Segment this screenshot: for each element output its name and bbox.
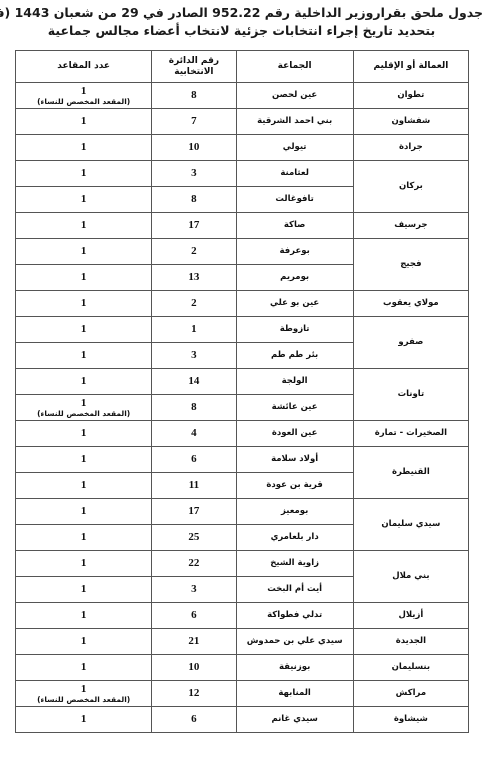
table-row: الصخيرات - تمارةعين العودة41 (16, 421, 469, 447)
cell-seats: 1 (16, 343, 152, 369)
table-row: شيشاوةسيدي غانم61 (16, 707, 469, 733)
cell-district: 25 (152, 525, 236, 551)
cell-commune: تيولي (236, 135, 353, 161)
cell-seats: 1 (16, 291, 152, 317)
seats-count: 1 (16, 683, 151, 696)
by-elections-table: العمالة أو الإقليم الجماعة رقم الدائرة ا… (15, 50, 469, 733)
cell-commune: تافوغالت (236, 187, 353, 213)
cell-seats: 1 (16, 109, 152, 135)
table-header-row: العمالة أو الإقليم الجماعة رقم الدائرة ا… (16, 51, 469, 83)
seats-count: 1 (16, 609, 151, 622)
seats-count: 1 (16, 375, 151, 388)
table-body: تطوانعين لحصن81(المقعد المخصص للنساء)شفش… (16, 83, 469, 733)
women-seat-note: (المقعد المخصص للنساء) (16, 696, 151, 705)
cell-district: 12 (152, 681, 236, 707)
women-seat-note: (المقعد المخصص للنساء) (16, 98, 151, 107)
cell-commune: صاكة (236, 213, 353, 239)
seats-count: 1 (16, 193, 151, 206)
seats-count: 1 (16, 397, 151, 410)
cell-seats: 1(المقعد المخصص للنساء) (16, 83, 152, 109)
seats-count: 1 (16, 661, 151, 674)
cell-district: 3 (152, 343, 236, 369)
cell-province: أزيلال (353, 603, 468, 629)
cell-district: 1 (152, 317, 236, 343)
cell-province: الجديدة (353, 629, 468, 655)
cell-district: 13 (152, 265, 236, 291)
cell-commune: تدلي فطواكة (236, 603, 353, 629)
table-row: أزيلالتدلي فطواكة61 (16, 603, 469, 629)
seats-count: 1 (16, 245, 151, 258)
seats-count: 1 (16, 505, 151, 518)
cell-province: شيشاوة (353, 707, 468, 733)
cell-seats: 1 (16, 447, 152, 473)
table-row: بنسليمانبوزنيقة101 (16, 655, 469, 681)
cell-commune: تازوطة (236, 317, 353, 343)
cell-province: سيدي سليمان (353, 499, 468, 551)
cell-seats: 1 (16, 421, 152, 447)
table-row: سيدي سليمانبومعيز171 (16, 499, 469, 525)
document-title-line2: بتحديد تاريخ إجراء انتخابات جزئية لانتخا… (0, 23, 483, 38)
cell-commune: بوعرفة (236, 239, 353, 265)
seats-count: 1 (16, 453, 151, 466)
cell-province: بركان (353, 161, 468, 213)
seats-count: 1 (16, 349, 151, 362)
table-row: شفشاونبني احمد الشرقية71 (16, 109, 469, 135)
cell-commune: أيت أم البخت (236, 577, 353, 603)
cell-district: 6 (152, 447, 236, 473)
table-row: تطوانعين لحصن81(المقعد المخصص للنساء) (16, 83, 469, 109)
table-row: جرسيفصاكة171 (16, 213, 469, 239)
cell-province: صفرو (353, 317, 468, 369)
table-row: جرادةتيولي101 (16, 135, 469, 161)
cell-commune: عين بو علي (236, 291, 353, 317)
cell-seats: 1 (16, 265, 152, 291)
cell-commune: عين عائشة (236, 395, 353, 421)
cell-commune: بوزنيقة (236, 655, 353, 681)
cell-commune: عين العودة (236, 421, 353, 447)
table-row: صفروتازوطة11 (16, 317, 469, 343)
cell-province: جرادة (353, 135, 468, 161)
header-seats: عدد المقاعد (16, 51, 152, 83)
cell-commune: بومريم (236, 265, 353, 291)
seats-count: 1 (16, 427, 151, 440)
seats-count: 1 (16, 531, 151, 544)
header-commune: الجماعة (236, 51, 353, 83)
seats-count: 1 (16, 167, 151, 180)
cell-district: 8 (152, 395, 236, 421)
cell-commune: سيدي غانم (236, 707, 353, 733)
seats-count: 1 (16, 141, 151, 154)
women-seat-note: (المقعد المخصص للنساء) (16, 410, 151, 419)
cell-seats: 1 (16, 239, 152, 265)
cell-seats: 1 (16, 369, 152, 395)
table-row: بني ملالزاوية الشيخ221 (16, 551, 469, 577)
table-row: بركانلعثامنة31 (16, 161, 469, 187)
cell-province: تطوان (353, 83, 468, 109)
cell-seats: 1 (16, 707, 152, 733)
cell-district: 6 (152, 707, 236, 733)
seats-count: 1 (16, 323, 151, 336)
seats-count: 1 (16, 557, 151, 570)
cell-seats: 1 (16, 525, 152, 551)
cell-seats: 1 (16, 655, 152, 681)
seats-count: 1 (16, 479, 151, 492)
cell-seats: 1 (16, 551, 152, 577)
cell-province: القنيطرة (353, 447, 468, 499)
cell-commune: بئر طم طم (236, 343, 353, 369)
cell-district: 8 (152, 83, 236, 109)
seats-count: 1 (16, 271, 151, 284)
cell-commune: سيدي علي بن حمدوش (236, 629, 353, 655)
cell-seats: 1 (16, 629, 152, 655)
cell-province: بني ملال (353, 551, 468, 603)
cell-seats: 1 (16, 577, 152, 603)
seats-count: 1 (16, 583, 151, 596)
cell-seats: 1 (16, 135, 152, 161)
cell-district: 7 (152, 109, 236, 135)
cell-province: مولاي يعقوب (353, 291, 468, 317)
header-district: رقم الدائرة الانتخابية (152, 51, 236, 83)
document-title-line1: جدول ملحق بقراروزير الداخلية رقم 952.22 … (0, 5, 483, 20)
cell-province: بنسليمان (353, 655, 468, 681)
cell-district: 10 (152, 135, 236, 161)
cell-province: مراكش (353, 681, 468, 707)
cell-district: 4 (152, 421, 236, 447)
seats-count: 1 (16, 219, 151, 232)
cell-commune: أولاد سلامة (236, 447, 353, 473)
cell-seats: 1 (16, 603, 152, 629)
cell-province: شفشاون (353, 109, 468, 135)
cell-commune: بني احمد الشرقية (236, 109, 353, 135)
seats-count: 1 (16, 85, 151, 98)
cell-commune: الولجة (236, 369, 353, 395)
cell-province: فجيج (353, 239, 468, 291)
cell-seats: 1 (16, 499, 152, 525)
cell-district: 3 (152, 577, 236, 603)
cell-province: الصخيرات - تمارة (353, 421, 468, 447)
cell-district: 11 (152, 473, 236, 499)
cell-district: 17 (152, 213, 236, 239)
cell-district: 22 (152, 551, 236, 577)
seats-count: 1 (16, 115, 151, 128)
cell-province: تاونات (353, 369, 468, 421)
table-row: مراكشالمنابهة121(المقعد المخصص للنساء) (16, 681, 469, 707)
cell-district: 6 (152, 603, 236, 629)
table-row: مولاي يعقوبعين بو علي21 (16, 291, 469, 317)
cell-seats: 1 (16, 473, 152, 499)
cell-district: 17 (152, 499, 236, 525)
seats-count: 1 (16, 713, 151, 726)
seats-count: 1 (16, 635, 151, 648)
cell-district: 14 (152, 369, 236, 395)
table-row: القنيطرةأولاد سلامة61 (16, 447, 469, 473)
cell-district: 2 (152, 291, 236, 317)
cell-seats: 1(المقعد المخصص للنساء) (16, 681, 152, 707)
cell-district: 2 (152, 239, 236, 265)
table-row: فجيجبوعرفة21 (16, 239, 469, 265)
cell-district: 3 (152, 161, 236, 187)
cell-district: 21 (152, 629, 236, 655)
cell-seats: 1 (16, 317, 152, 343)
table-row: الجديدةسيدي علي بن حمدوش211 (16, 629, 469, 655)
cell-seats: 1 (16, 161, 152, 187)
cell-commune: قرية بن عودة (236, 473, 353, 499)
cell-district: 10 (152, 655, 236, 681)
header-province: العمالة أو الإقليم (353, 51, 468, 83)
cell-commune: دار بلعامري (236, 525, 353, 551)
cell-province: جرسيف (353, 213, 468, 239)
table-row: تاوناتالولجة141 (16, 369, 469, 395)
cell-seats: 1(المقعد المخصص للنساء) (16, 395, 152, 421)
cell-seats: 1 (16, 187, 152, 213)
cell-district: 8 (152, 187, 236, 213)
cell-commune: بومعيز (236, 499, 353, 525)
cell-commune: المنابهة (236, 681, 353, 707)
cell-commune: عين لحصن (236, 83, 353, 109)
cell-seats: 1 (16, 213, 152, 239)
cell-commune: لعثامنة (236, 161, 353, 187)
seats-count: 1 (16, 297, 151, 310)
cell-commune: زاوية الشيخ (236, 551, 353, 577)
